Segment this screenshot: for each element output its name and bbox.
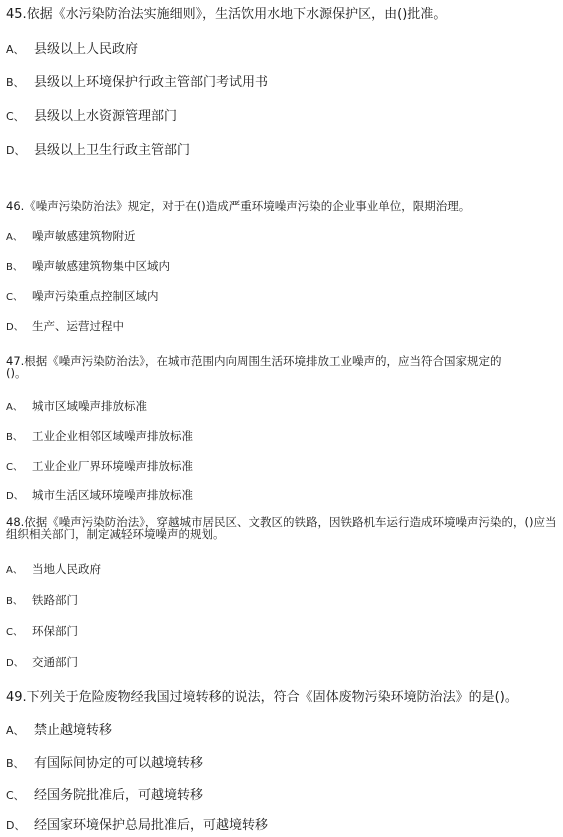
option-text: 县级以上人民政府	[34, 42, 138, 57]
question-45-option-c: C、县级以上水资源管理部门	[6, 109, 177, 125]
option-text: 县级以上卫生行政主管部门	[34, 143, 190, 158]
option-text: 交通部门	[32, 655, 78, 669]
option-text: 环保部门	[32, 624, 78, 638]
option-text: 有国际间协定的可以越境转移	[34, 756, 203, 771]
question-45-option-a: A、县级以上人民政府	[6, 42, 138, 58]
option-text: 工业企业厂界环境噪声排放标准	[32, 459, 193, 473]
option-text: 噪声敏感建筑物集中区域内	[32, 259, 170, 273]
option-letter: D、	[6, 489, 32, 505]
question-45-option-d: D、县级以上卫生行政主管部门	[6, 143, 190, 159]
option-letter: B、	[6, 260, 32, 276]
option-letter: B、	[6, 594, 32, 610]
question-47-option-d: D、城市生活区域环境噪声排放标准	[6, 487, 193, 505]
option-letter: B、	[6, 756, 34, 772]
option-letter: D、	[6, 320, 32, 336]
question-47-option-a: A、城市区域噪声排放标准	[6, 398, 147, 416]
option-text: 经国务院批准后，可越境转移	[34, 788, 203, 803]
question-48-option-a: A、当地人民政府	[6, 561, 101, 579]
option-text: 经国家环境保护总局批准后，可越境转移	[34, 818, 268, 833]
option-letter: A、	[6, 400, 32, 416]
option-text: 工业企业相邻区域噪声排放标准	[32, 429, 193, 443]
question-46-option-b: B、噪声敏感建筑物集中区域内	[6, 258, 170, 276]
question-46-stem: 46.《噪声污染防治法》规定，对于在()造成严重环境噪声污染的企业事业单位，限期…	[6, 199, 559, 213]
question-48-option-b: B、铁路部门	[6, 592, 78, 610]
option-text: 县级以上环境保护行政主管部门考试用书	[34, 75, 268, 90]
option-letter: C、	[6, 788, 34, 804]
option-letter: D、	[6, 818, 34, 834]
question-45-option-b: B、县级以上环境保护行政主管部门考试用书	[6, 75, 268, 91]
option-text: 铁路部门	[32, 593, 78, 607]
question-46-option-d: D、生产、运营过程中	[6, 318, 124, 336]
question-47-option-b: B、工业企业相邻区域噪声排放标准	[6, 428, 193, 446]
question-48-option-c: C、环保部门	[6, 623, 78, 641]
option-letter: A、	[6, 723, 34, 739]
question-47-option-c: C、工业企业厂界环境噪声排放标准	[6, 458, 193, 476]
option-letter: C、	[6, 109, 34, 125]
option-text: 生产、运营过程中	[32, 319, 124, 333]
option-text: 县级以上水资源管理部门	[34, 109, 177, 124]
option-letter: D、	[6, 656, 32, 672]
question-49-option-a: A、禁止越境转移	[6, 723, 112, 739]
question-46-option-a: A、噪声敏感建筑物附近	[6, 228, 136, 246]
option-text: 噪声污染重点控制区域内	[32, 289, 159, 303]
option-letter: A、	[6, 563, 32, 579]
question-49-option-c: C、经国务院批准后，可越境转移	[6, 788, 203, 804]
option-letter: A、	[6, 230, 32, 246]
option-letter: C、	[6, 290, 32, 306]
option-text: 当地人民政府	[32, 562, 101, 576]
question-48-stem: 48.依据《噪声污染防治法》，穿越城市居民区、文教区的铁路，因铁路机车运行造成环…	[6, 516, 561, 540]
question-46-option-c: C、噪声污染重点控制区域内	[6, 288, 159, 306]
option-text: 城市生活区域环境噪声排放标准	[32, 488, 193, 502]
option-letter: C、	[6, 625, 32, 641]
option-text: 噪声敏感建筑物附近	[32, 229, 136, 243]
question-47-stem: 47.根据《噪声污染防治法》，在城市范围内向周围生活环境排放工业噪声的，应当符合…	[6, 355, 503, 379]
question-49-option-b: B、有国际间协定的可以越境转移	[6, 756, 203, 772]
question-49-option-d: D、经国家环境保护总局批准后，可越境转移	[6, 818, 268, 834]
question-48-option-d: D、交通部门	[6, 654, 78, 672]
option-text: 城市区域噪声排放标准	[32, 399, 147, 413]
option-text: 禁止越境转移	[34, 723, 112, 738]
option-letter: C、	[6, 460, 32, 476]
option-letter: A、	[6, 42, 34, 58]
question-45-stem: 45.依据《水污染防治法实施细则》，生活饮用水地下水源保护区，由()批准。	[6, 8, 559, 22]
question-49-stem: 49.下列关于危险废物经我国过境转移的说法，符合《固体废物污染环境防治法》的是(…	[6, 691, 559, 705]
option-letter: D、	[6, 143, 34, 159]
option-letter: B、	[6, 430, 32, 446]
option-letter: B、	[6, 75, 34, 91]
